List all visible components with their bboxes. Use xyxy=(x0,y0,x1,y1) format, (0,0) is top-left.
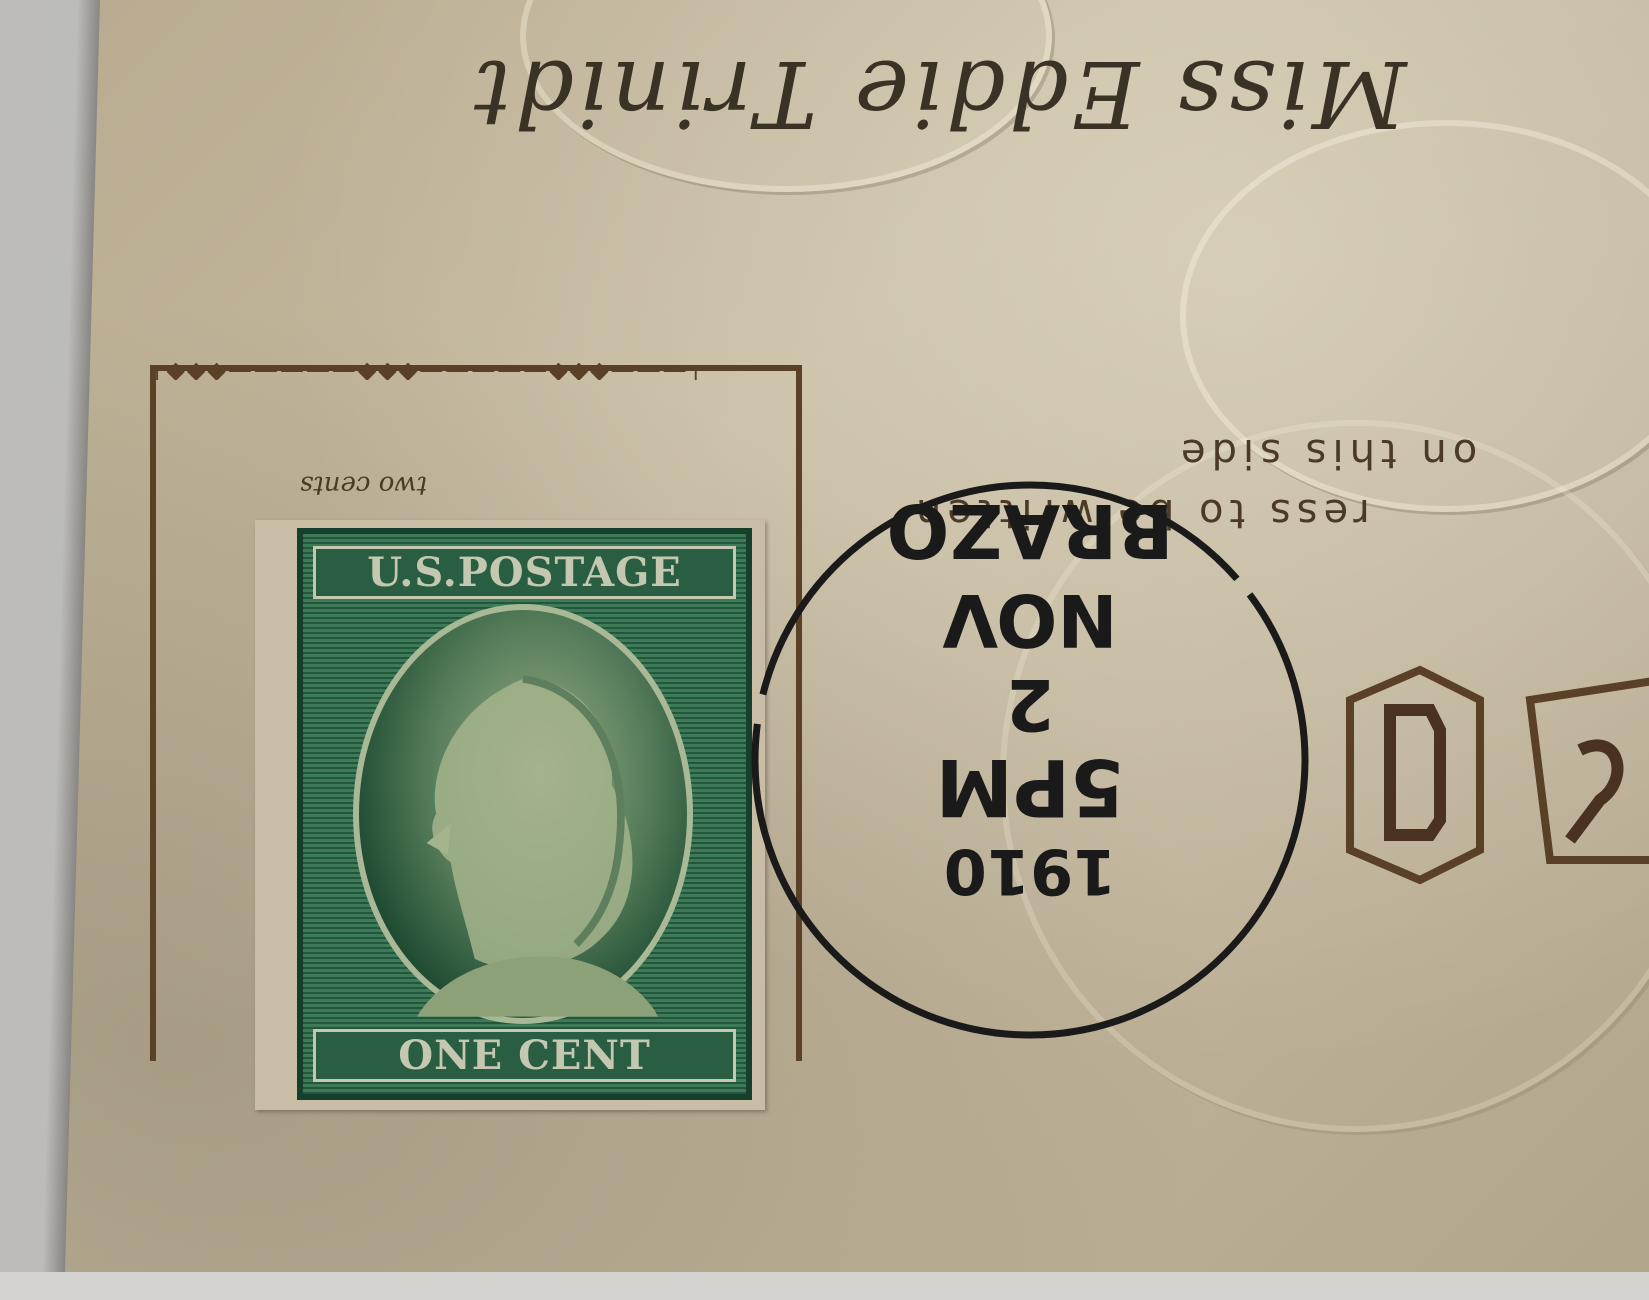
portrait-silhouette-icon xyxy=(359,610,687,1018)
postmark-cancellation-icon: 1910 5PM 2 NOV BRAZO xyxy=(740,430,1340,1090)
postmark-town: BRAZO xyxy=(886,487,1173,573)
stamp-bottom-label: ONE CENT xyxy=(313,1029,736,1082)
postmark-day: 2 xyxy=(1006,663,1055,745)
handwritten-address: Miss Eddie Trinidt xyxy=(470,40,1407,147)
postage-stamp: U.S.POSTAGE ONE CENT xyxy=(255,520,765,1110)
postmark-year: 1910 xyxy=(944,835,1117,908)
postcard: Miss Eddie Trinidt on this side ress to … xyxy=(0,0,1649,1300)
stamp-top-label: U.S.POSTAGE xyxy=(313,546,736,599)
stamp-engraving: U.S.POSTAGE ONE CENT xyxy=(297,528,752,1100)
tabletop-edge xyxy=(0,1272,1649,1300)
franklin-portrait-icon xyxy=(353,604,693,1024)
postmark-time: 5PM xyxy=(935,741,1124,831)
gothic-letter-ornament-icon xyxy=(1330,660,1649,890)
stamp-box-label: two cents xyxy=(300,470,427,500)
postmark-month: NOV xyxy=(942,578,1118,662)
stamp-box-ornament: ┌◆◆◆—————◆◆◆—————◆◆◆———┐ xyxy=(150,360,790,380)
